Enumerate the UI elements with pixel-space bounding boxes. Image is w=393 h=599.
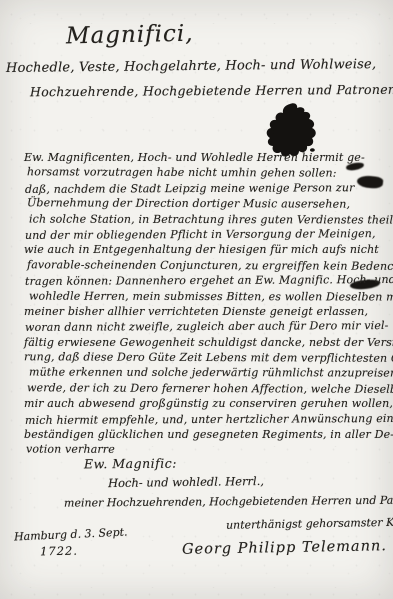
- body-line: wohledle Herren, mein submisses Bitten, …: [29, 288, 376, 304]
- salutation-line-3: Hochzuehrende, Hochgebietende Herren und…: [30, 82, 393, 100]
- body-line: meiner bisher allhier verrichteten Diens…: [24, 304, 376, 319]
- body-line: favorable-scheinenden Conjuncturen, zu e…: [27, 257, 376, 274]
- body-line: ich solche Station, in Betrachtung ihres…: [29, 211, 376, 227]
- salutation-line-2: Hochedle, Veste, Hochgelahrte, Hoch- und…: [6, 57, 376, 76]
- body-line: fältig erwiesene Gewogenheit schuldigst …: [24, 335, 376, 350]
- body-line: woran dann nicht zweifle, zugleich aber …: [25, 318, 376, 335]
- body-line: Ew. Magnificenten, Hoch- und Wohledle He…: [24, 150, 376, 165]
- closing-address-line: meiner Hochzuehrenden, Hochgebietenden H…: [64, 493, 393, 509]
- body-line: und der mir obliegenden Pflicht in Verso…: [25, 226, 376, 243]
- signature: Georg Philipp Telemann.: [182, 538, 387, 558]
- letter-body: Ew. Magnificenten, Hoch- und Wohledle He…: [24, 150, 376, 458]
- body-line: müthe erkennen und solche jederwärtig rü…: [29, 365, 376, 381]
- body-line: mich hiermit empfehle, und, unter hertzl…: [25, 411, 376, 428]
- body-line: horsamst vorzutragen habe nicht umhin ge…: [27, 165, 376, 182]
- body-line: wie auch in Entgegenhaltung der hiesigen…: [24, 242, 376, 257]
- dateline-place: Hamburg d. 3. Sept.: [14, 526, 128, 544]
- manuscript-letter-page: Magnifici, Hochedle, Veste, Hochgelahrte…: [0, 0, 393, 599]
- closing-valediction: unterthänigst gehorsamster Knecht,: [226, 515, 393, 532]
- closing-address-line: Hoch- und wohledl. Herrl.,: [108, 474, 264, 490]
- body-line: beständigen glücklichen und gesegneten R…: [24, 427, 376, 442]
- salutation-magnifici: Magnifici,: [66, 21, 194, 50]
- body-line: tragen können: Dannenhero ergehet an Ew.…: [25, 272, 376, 289]
- body-line: Übernehmung der Direction dortiger Music…: [27, 195, 376, 212]
- closing-address-line: Ew. Magnific:: [84, 456, 177, 472]
- body-line: mir auch abwesend großgünstig zu conserv…: [24, 396, 376, 411]
- body-line: votion verharre: [26, 442, 376, 458]
- dateline-year: 1722.: [40, 544, 78, 559]
- body-line: werde, der ich zu Dero fernerer hohen Af…: [27, 380, 376, 397]
